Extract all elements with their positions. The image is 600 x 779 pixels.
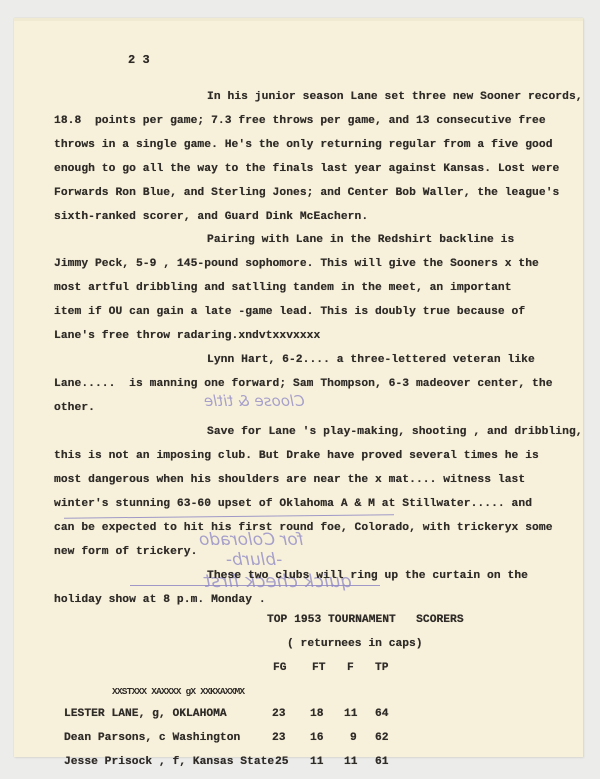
paragraph-4-line-3: most dangerous when his shoulders are ne… (54, 474, 525, 486)
struck-out-line: XXSTXXX XAXXXX gX XXKXAXXMX (112, 686, 244, 696)
row-2-tp: 62 (375, 732, 389, 744)
paragraph-4-line-1: Save for Lane 's play-making, shooting ,… (207, 426, 583, 438)
paragraph-1-line-5: Forwards Ron Blue, and Sterling Jones; a… (54, 187, 559, 199)
paragraph-4-line-6: new form of trickery. (54, 546, 197, 558)
paragraph-3-line-1: Lynn Hart, 6-2.... a three-lettered vete… (207, 354, 535, 366)
row-1-tp: 64 (375, 708, 389, 720)
table-title: TOP 1953 TOURNAMENT SCORERS (267, 614, 464, 626)
paragraph-1-line-1: In his junior season Lane set three new … (207, 91, 583, 103)
paragraph-3-line-2: Lane..... is manning one forward; Sam Th… (54, 378, 553, 390)
bleed-through-mark-3: -blurb- (226, 550, 282, 570)
row-1-ft: 18 (310, 708, 324, 720)
paragraph-2-line-5: Lane's free throw radaring.xndvtxxvxxxx (54, 330, 320, 342)
pencil-line-1 (64, 514, 394, 518)
bleed-through-mark-1: Cloose & title (204, 392, 305, 410)
paragraph-2-line-4: item if OU can gain a late -game lead. T… (54, 306, 525, 318)
row-1-fg: 23 (272, 708, 286, 720)
typewritten-page: 2 3 In his junior season Lane set three … (14, 18, 583, 757)
paragraph-4-line-4: winter's stunning 63-60 upset of Oklahom… (54, 498, 532, 510)
row-3-fg: 25 (275, 756, 289, 768)
paragraph-2-line-1: Pairing with Lane in the Redshirt backli… (207, 234, 514, 246)
paragraph-4-line-2: this is not an imposing club. But Drake … (54, 450, 539, 462)
row-3-ft: 11 (310, 756, 324, 768)
row-3-tp: 61 (375, 756, 389, 768)
row-2-name: Dean Parsons, c Washington (64, 732, 240, 744)
paragraph-1-line-4: enough to go all the way to the finals l… (54, 163, 559, 175)
paragraph-1-line-6: sixth-ranked scorer, and Guard Dink McEa… (54, 211, 368, 223)
paragraph-2-line-3: most artful dribbling and satlling tande… (54, 282, 512, 294)
column-header-f: F (347, 662, 354, 674)
bleed-through-mark-2: for Colorado (199, 530, 304, 550)
column-header-ft: FT (312, 662, 326, 674)
page-number: 2 3 (128, 53, 150, 67)
paragraph-1-line-3: throws in a single game. He's the only r… (54, 139, 553, 151)
column-header-tp: TP (375, 662, 389, 674)
row-1-f: 11 (344, 708, 358, 720)
row-2-f: 9 (350, 732, 357, 744)
paragraph-5-line-2: holiday show at 8 p.m. Monday . (54, 594, 266, 606)
row-3-name: Jesse Prisock , f, Kansas State (64, 756, 274, 768)
column-header-fg: FG (273, 662, 287, 674)
paragraph-3-line-3: other. (54, 402, 95, 414)
row-2-fg: 23 (272, 732, 286, 744)
paragraph-2-line-2: Jimmy Peck, 5-9 , 145-pound sophomore. T… (54, 258, 539, 270)
paragraph-5-line-1: These two clubs will ring up the curtain… (207, 570, 528, 582)
row-1-name: LESTER LANE, g, OKLAHOMA (64, 708, 227, 720)
paragraph-1-line-2: 18.8 points per game; 7.3 free throws pe… (54, 115, 546, 127)
row-3-f: 11 (344, 756, 358, 768)
table-subtitle: ( returnees in caps) (287, 638, 423, 650)
row-2-ft: 16 (310, 732, 324, 744)
